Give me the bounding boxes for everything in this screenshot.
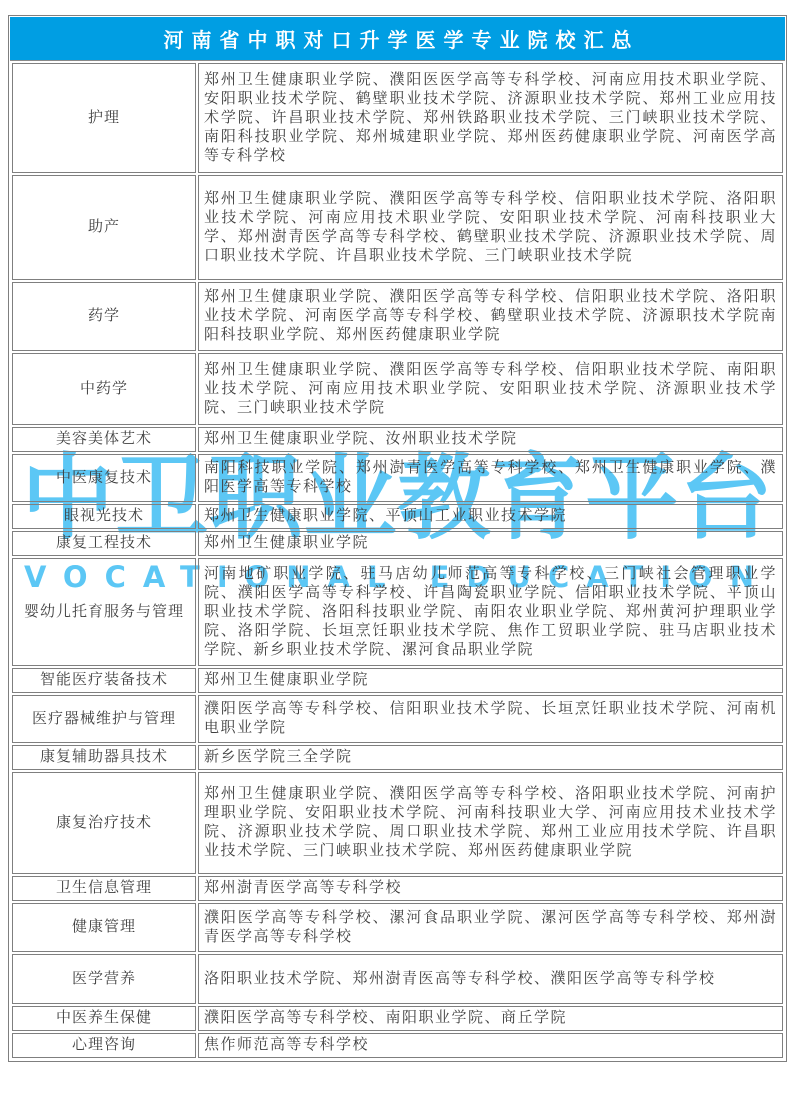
schools-cell: 郑州卫生健康职业学院、濮阳医学高等专科学校、洛阳职业技术学院、河南护理职业学院、… <box>198 772 783 874</box>
schools-cell: 南阳科技职业学院、郑州澍青医学高等专科学校、郑州卫生健康职业学院、濮阳医学高等专… <box>198 454 783 502</box>
table-row: 药学 郑州卫生健康职业学院、濮阳医学高等专科学校、信阳职业技术学院、洛阳职业技术… <box>12 282 783 351</box>
schools-cell: 新乡医学院三全学院 <box>198 745 783 770</box>
specialty-cell: 美容美体艺术 <box>12 427 196 452</box>
table-row: 康复辅助器具技术 新乡医学院三全学院 <box>12 745 783 770</box>
schools-cell: 濮阳医学高等专科学校、南阳职业学院、商丘学院 <box>198 1006 783 1031</box>
schools-cell: 郑州卫生健康职业学院 <box>198 531 783 556</box>
table-row: 中药学 郑州卫生健康职业学院、濮阳医学高等专科学校、信阳职业技术学院、南阳职业技… <box>12 353 783 425</box>
specialty-cell: 心理咨询 <box>12 1033 196 1058</box>
table-row: 康复治疗技术 郑州卫生健康职业学院、濮阳医学高等专科学校、洛阳职业技术学院、河南… <box>12 772 783 874</box>
schools-cell: 濮阳医学高等专科学校、漯河食品职业学院、漯河医学高等专科学校、郑州澍青医学高等专… <box>198 903 783 952</box>
table-row: 美容美体艺术 郑州卫生健康职业学院、汝州职业技术学院 <box>12 427 783 452</box>
specialty-cell: 康复辅助器具技术 <box>12 745 196 770</box>
table-header-bar: 河南省中职对口升学医学专业院校汇总 <box>10 17 785 61</box>
table-row: 助产 郑州卫生健康职业学院、濮阳医学高等专科学校、信阳职业技术学院、洛阳职业技术… <box>12 175 783 280</box>
specialty-cell: 医疗器械维护与管理 <box>12 695 196 743</box>
page: 中卫职业教育平台 VOCATIONAL EDUCATION 河南省中职对口升学医… <box>0 0 795 1105</box>
schools-cell: 郑州澍青医学高等专科学校 <box>198 876 783 901</box>
specialty-cell: 康复治疗技术 <box>12 772 196 874</box>
page-title: 河南省中职对口升学医学专业院校汇总 <box>156 24 640 53</box>
table-row: 卫生信息管理 郑州澍青医学高等专科学校 <box>12 876 783 901</box>
table-row: 康复工程技术 郑州卫生健康职业学院 <box>12 531 783 556</box>
table-row: 眼视光技术 郑州卫生健康职业学院、平顶山工业职业技术学院 <box>12 504 783 529</box>
table-row: 医学营养 洛阳职业技术学院、郑州澍青医高等专科学校、濮阳医学高等专科学校 <box>12 954 783 1004</box>
table-row: 中医养生保健 濮阳医学高等专科学校、南阳职业学院、商丘学院 <box>12 1006 783 1031</box>
schools-cell: 郑州卫生健康职业学院、濮阳医学高等专科学校、信阳职业技术学院、洛阳职业技术学院、… <box>198 175 783 280</box>
specialty-cell: 中药学 <box>12 353 196 425</box>
specialty-cell: 康复工程技术 <box>12 531 196 556</box>
specialty-cell: 药学 <box>12 282 196 351</box>
specialty-cell: 中医养生保健 <box>12 1006 196 1031</box>
schools-cell: 河南地矿职业学院、驻马店幼儿师范高等专科学校、三门峡社会管理职业学院、濮阳医学高… <box>198 558 783 666</box>
specialty-cell: 婴幼儿托育服务与管理 <box>12 558 196 666</box>
specialty-cell: 助产 <box>12 175 196 280</box>
table-row: 医疗器械维护与管理 濮阳医学高等专科学校、信阳职业技术学院、长垣烹饪职业技术学院… <box>12 695 783 743</box>
schools-cell: 濮阳医学高等专科学校、信阳职业技术学院、长垣烹饪职业技术学院、河南机电职业学院 <box>198 695 783 743</box>
table-row: 心理咨询 焦作师范高等专科学校 <box>12 1033 783 1058</box>
schools-cell: 郑州卫生健康职业学院、濮阳医学高等专科学校、信阳职业技术学院、南阳职业技术学院、… <box>198 353 783 425</box>
schools-cell: 洛阳职业技术学院、郑州澍青医高等专科学校、濮阳医学高等专科学校 <box>198 954 783 1004</box>
table-row: 婴幼儿托育服务与管理 河南地矿职业学院、驻马店幼儿师范高等专科学校、三门峡社会管… <box>12 558 783 666</box>
specialty-cell: 健康管理 <box>12 903 196 952</box>
table-row: 中医康复技术 南阳科技职业学院、郑州澍青医学高等专科学校、郑州卫生健康职业学院、… <box>12 454 783 502</box>
schools-cell: 郑州卫生健康职业学院、濮阳医学高等专科学校、信阳职业技术学院、洛阳职业技术学院、… <box>198 282 783 351</box>
specialty-cell: 眼视光技术 <box>12 504 196 529</box>
schools-cell: 郑州卫生健康职业学院 <box>198 668 783 693</box>
summary-table-document: 河南省中职对口升学医学专业院校汇总 护理 郑州卫生健康职业学院、濮阳医医学高等专… <box>8 15 787 1062</box>
schools-cell: 郑州卫生健康职业学院、濮阳医医学高等专科学校、河南应用技术职业学院、安阳职业技术… <box>198 63 783 173</box>
specialty-cell: 医学营养 <box>12 954 196 1004</box>
specialty-cell: 智能医疗装备技术 <box>12 668 196 693</box>
specialty-cell: 护理 <box>12 63 196 173</box>
table-row: 护理 郑州卫生健康职业学院、濮阳医医学高等专科学校、河南应用技术职业学院、安阳职… <box>12 63 783 173</box>
table-body: 护理 郑州卫生健康职业学院、濮阳医医学高等专科学校、河南应用技术职业学院、安阳职… <box>12 63 783 1058</box>
schools-table: 护理 郑州卫生健康职业学院、濮阳医医学高等专科学校、河南应用技术职业学院、安阳职… <box>10 61 785 1060</box>
schools-cell: 焦作师范高等专科学校 <box>198 1033 783 1058</box>
schools-cell: 郑州卫生健康职业学院、平顶山工业职业技术学院 <box>198 504 783 529</box>
specialty-cell: 中医康复技术 <box>12 454 196 502</box>
schools-cell: 郑州卫生健康职业学院、汝州职业技术学院 <box>198 427 783 452</box>
table-row: 健康管理 濮阳医学高等专科学校、漯河食品职业学院、漯河医学高等专科学校、郑州澍青… <box>12 903 783 952</box>
table-row: 智能医疗装备技术 郑州卫生健康职业学院 <box>12 668 783 693</box>
specialty-cell: 卫生信息管理 <box>12 876 196 901</box>
